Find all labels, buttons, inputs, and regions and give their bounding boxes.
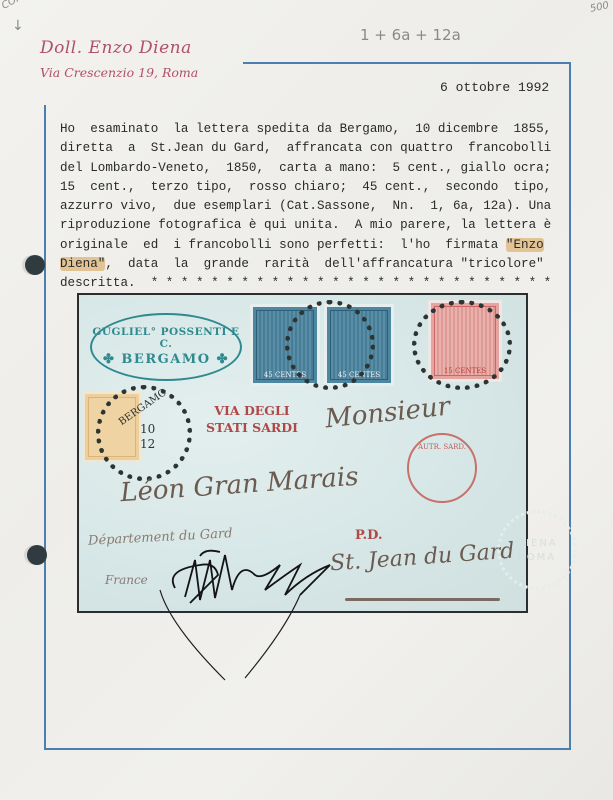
expert-signature — [0, 0, 613, 800]
